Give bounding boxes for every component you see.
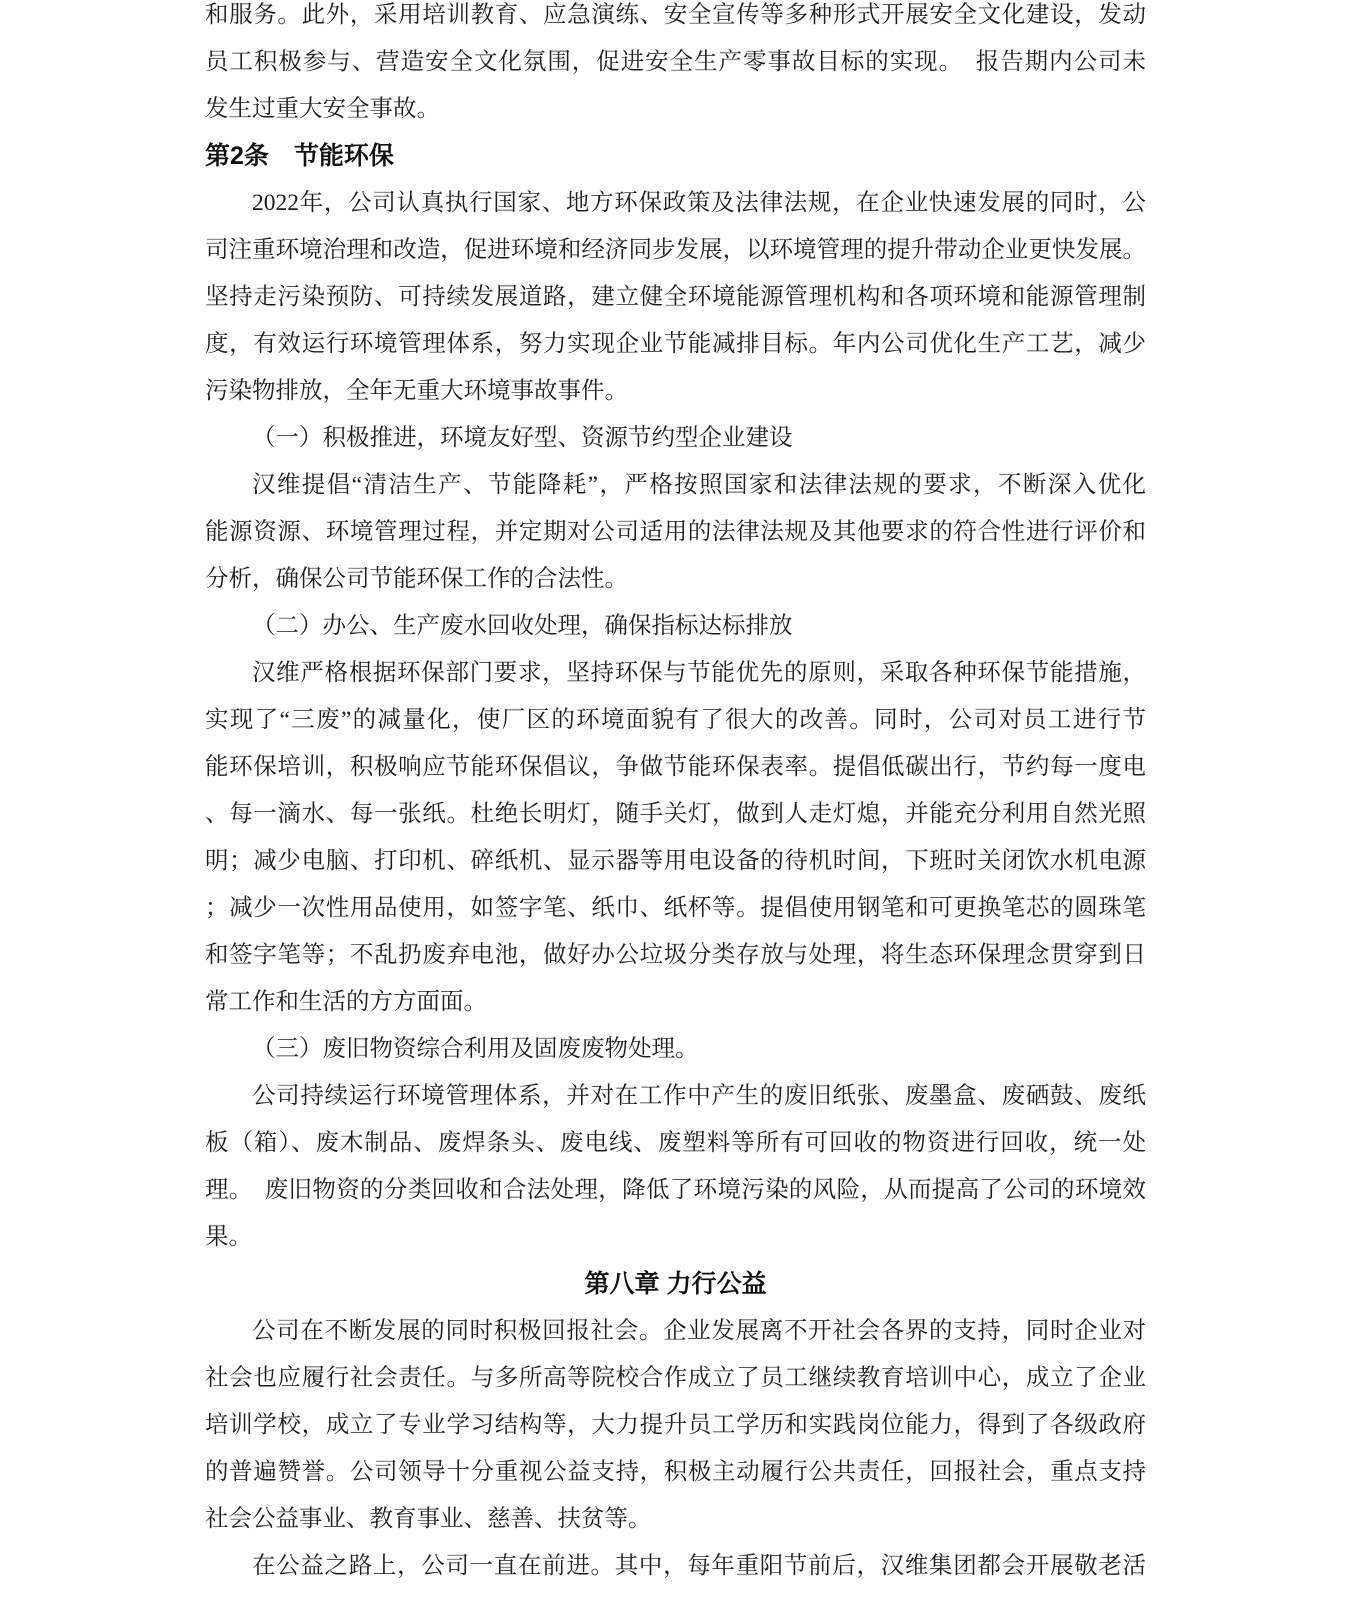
text-line: 的普遍赞誉。公司领导十分重视公益支持，积极主动履行公共责任，回报社会，重点支持 [205, 1449, 1146, 1496]
text-line: 员工积极参与、营造安全文化氛围，促进安全生产零事故目标的实现。 报告期内公司未 [205, 39, 1146, 86]
text-line: 2022年，公司认真执行国家、地方环保政策及法律法规，在企业快速发展的同时，公 [205, 180, 1146, 227]
text-line: 司注重环境治理和改造，促进环境和经济同步发展，以环境管理的提升带动企业更快发展。 [205, 227, 1146, 274]
text-line: 公司在不断发展的同时积极回报社会。企业发展离不开社会各界的支持，同时企业对 [205, 1308, 1146, 1355]
text-line: 汉维提倡“清洁生产、节能降耗”，严格按照国家和法律法规的要求，不断深入优化 [205, 462, 1146, 509]
text-line: 果。 [205, 1214, 1146, 1261]
text-line: 明；减少电脑、打印机、碎纸机、显示器等用电设备的待机时间，下班时关闭饮水机电源 [205, 838, 1146, 885]
text-line: 汉维严格根据环保部门要求，坚持环保与节能优先的原则，采取各种环保节能措施， [205, 650, 1146, 697]
text-line: 社会公益事业、教育事业、慈善、扶贫等。 [205, 1496, 1146, 1543]
text-line: 在公益之路上，公司一直在前进。其中，每年重阳节前后，汉维集团都会开展敬老活 [205, 1543, 1146, 1590]
text-line: 分析，确保公司节能环保工作的合法性。 [205, 556, 1146, 603]
document-text-block: 和服务。此外，采用培训教育、应急演练、安全宣传等多种形式开展安全文化建设，发动员… [205, 0, 1146, 1590]
text-line: 度，有效运行环境管理体系，努力实现企业节能减排目标。年内公司优化生产工艺，减少 [205, 321, 1146, 368]
text-line: 能环保培训，积极响应节能环保倡议，争做节能环保表率。提倡低碳出行，节约每一度电 [205, 744, 1146, 791]
text-line: （一）积极推进，环境友好型、资源节约型企业建设 [205, 415, 1146, 462]
document-page: 和服务。此外，采用培训教育、应急演练、安全宣传等多种形式开展安全文化建设，发动员… [0, 0, 1371, 1600]
text-line: 污染物排放，全年无重大环境事故事件。 [205, 368, 1146, 415]
text-line: 板（箱）、废木制品、废焊条头、废电线、废塑料等所有可回收的物资进行回收，统一处 [205, 1120, 1146, 1167]
text-line: 培训学校，成立了专业学习结构等，大力提升员工学历和实践岗位能力，得到了各级政府 [205, 1402, 1146, 1449]
text-line: 坚持走污染预防、可持续发展道路，建立健全环境能源管理机构和各项环境和能源管理制 [205, 274, 1146, 321]
section-heading-energy-saving: 第2条 节能环保 [205, 133, 1146, 180]
text-line: （二）办公、生产废水回收处理，确保指标达标排放 [205, 603, 1146, 650]
text-line: 公司持续运行环境管理体系，并对在工作中产生的废旧纸张、废墨盒、废硒鼓、废纸 [205, 1073, 1146, 1120]
text-line: 常工作和生活的方方面面。 [205, 979, 1146, 1026]
text-line: 能源资源、环境管理过程，并定期对公司适用的法律法规及其他要求的符合性进行评价和 [205, 509, 1146, 556]
text-line: 理。 废旧物资的分类回收和合法处理，降低了环境污染的风险，从而提高了公司的环境效 [205, 1167, 1146, 1214]
chapter-heading-public-welfare: 第八章 力行公益 [205, 1261, 1146, 1308]
text-line: 和签字笔等；不乱扔废弃电池，做好办公垃圾分类存放与处理，将生态环保理念贯穿到日 [205, 932, 1146, 979]
text-line: 发生过重大安全事故。 [205, 86, 1146, 133]
text-line: 、每一滴水、每一张纸。杜绝长明灯，随手关灯，做到人走灯熄，并能充分利用自然光照 [205, 791, 1146, 838]
text-line: 社会也应履行社会责任。与多所高等院校合作成立了员工继续教育培训中心，成立了企业 [205, 1355, 1146, 1402]
text-line: ；减少一次性用品使用，如签字笔、纸巾、纸杯等。提倡使用钢笔和可更换笔芯的圆珠笔 [205, 885, 1146, 932]
text-line: （三）废旧物资综合利用及固废废物处理。 [205, 1026, 1146, 1073]
text-line: 和服务。此外，采用培训教育、应急演练、安全宣传等多种形式开展安全文化建设，发动 [205, 0, 1146, 39]
text-line: 实现了“三废”的减量化，使厂区的环境面貌有了很大的改善。同时，公司对员工进行节 [205, 697, 1146, 744]
